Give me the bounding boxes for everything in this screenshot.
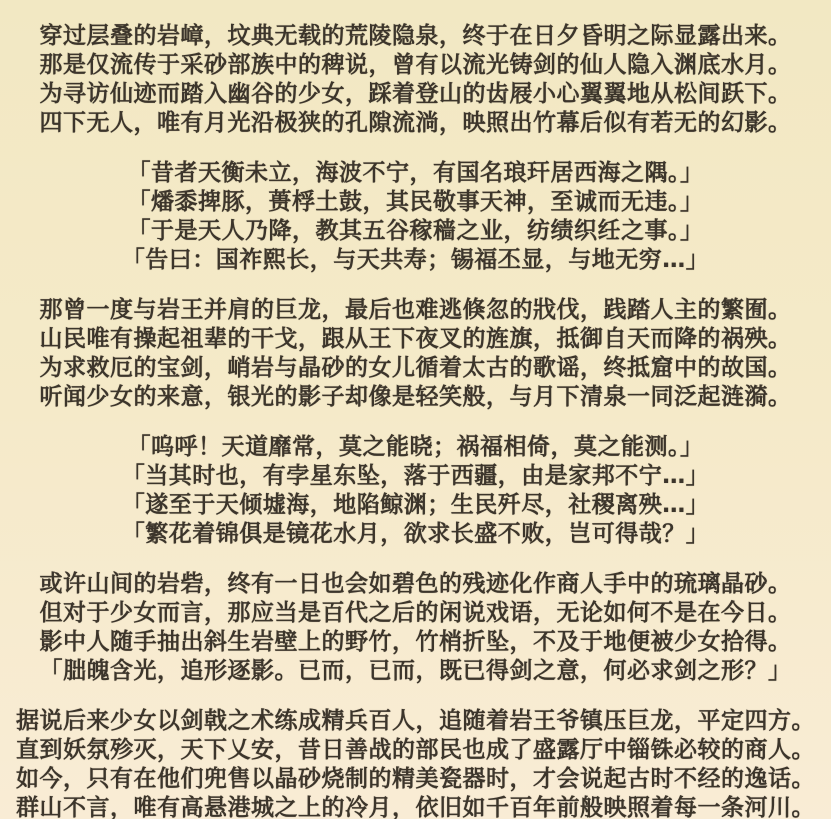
quote-line: 「繁花着锦俱是镜花水月，欲求长盛不败，岂可得哉？」 (16, 520, 815, 549)
quote-line: 「昔者天衡未立，海波不宁，有国名琅玕居西海之隅。」 (16, 159, 815, 188)
story-line: 如今，只有在他们兜售以晶砂烧制的精美瓷器时，才会说起古时不经的逸话。 (16, 765, 815, 794)
story-line: 群山不言，唯有高悬港城之上的冷月，依旧如千百年前般映照着每一条河川。 (16, 794, 815, 819)
quote-line: 「当其时也，有孛星东坠，落于西疆，由是家邦不宁…」 (16, 462, 815, 491)
story-line: 四下无人，唯有月光沿极狭的孔隙流淌，映照出竹幕后似有若无的幻影。 (16, 109, 815, 138)
story-line: 那是仅流传于采砂部族中的稗说，曾有以流光铸剑的仙人隐入渊底水月。 (16, 51, 815, 80)
story-line: 听闻少女的来意，银光的影子却像是轻笑般，与月下清泉一同泛起涟漪。 (16, 383, 815, 412)
story-line: 山民唯有操起祖辈的干戈，跟从王下夜叉的旌旗，抵御自天而降的祸殃。 (16, 325, 815, 354)
paragraph-block-2: 那曾一度与岩王并肩的巨龙，最后也难逃倏忽的戕伐，践踏人主的繁囿。 山民唯有操起祖… (16, 296, 815, 412)
paragraph-block-3: 或许山间的岩砦，终有一日也会如碧色的残迹化作商人手中的琉璃晶砂。 但对于少女而言… (16, 570, 815, 686)
quote-line: 「呜呼！天道靡常，莫之能晓；祸福相倚，莫之能测。」 (16, 433, 815, 462)
quote-line: 「遂至于天倾墟海，地陷鲸渊；生民歼尽，社稷离殃…」 (16, 491, 815, 520)
lore-screenshot: { "theme": { "background_top": "#f2e8c3"… (0, 0, 831, 819)
quote-line: 「朏魄含光，追形逐影。已而，已而，既已得剑之意，何必求剑之形？」 (16, 657, 815, 686)
story-line: 为求救厄的宝剑，峭岩与晶砂的女儿循着太古的歌谣，终抵窟中的故国。 (16, 354, 815, 383)
story-line: 或许山间的岩砦，终有一日也会如碧色的残迹化作商人手中的琉璃晶砂。 (16, 570, 815, 599)
paragraph-block-4: 据说后来少女以剑戟之术练成精兵百人，追随着岩王爷镇压巨龙，平定四方。 直到妖氛殄… (16, 707, 815, 819)
story-line: 为寻访仙迹而踏入幽谷的少女，踩着登山的齿屐小心翼翼地从松间跃下。 (16, 80, 815, 109)
paragraph-block-1: 穿过层叠的岩嶂，坟典无载的荒陵隐泉，终于在日夕昏明之际显露出来。 那是仅流传于采… (16, 22, 815, 138)
story-line: 但对于少女而言，那应当是百代之后的闲说戏语，无论如何不是在今日。 (16, 599, 815, 628)
quote-line: 「告曰：国祚熙长，与天共寿；锡福丕显，与地无穷…」 (16, 246, 815, 275)
quote-block-2: 「呜呼！天道靡常，莫之能晓；祸福相倚，莫之能测。」 「当其时也，有孛星东坠，落于… (16, 433, 815, 549)
story-line: 影中人随手抽出斜生岩壁上的野竹，竹梢折坠，不及于地便被少女拾得。 (16, 628, 815, 657)
story-line: 据说后来少女以剑戟之术练成精兵百人，追随着岩王爷镇压巨龙，平定四方。 (16, 707, 815, 736)
quote-line: 「于是天人乃降，教其五谷稼穑之业，纺绩织纴之事。」 (16, 217, 815, 246)
story-line: 直到妖氛殄灭，天下乂安，昔日善战的部民也成了盛露厅中锱铢必较的商人。 (16, 736, 815, 765)
lore-page: 穿过层叠的岩嶂，坟典无载的荒陵隐泉，终于在日夕昏明之际显露出来。 那是仅流传于采… (0, 0, 831, 819)
story-line: 那曾一度与岩王并肩的巨龙，最后也难逃倏忽的戕伐，践踏人主的繁囿。 (16, 296, 815, 325)
quote-block-1: 「昔者天衡未立，海波不宁，有国名琅玕居西海之隅。」 「燔黍捭豚，蒉桴土鼓，其民敬… (16, 159, 815, 275)
story-line: 穿过层叠的岩嶂，坟典无载的荒陵隐泉，终于在日夕昏明之际显露出来。 (16, 22, 815, 51)
quote-line: 「燔黍捭豚，蒉桴土鼓，其民敬事天神，至诚而无违。」 (16, 188, 815, 217)
